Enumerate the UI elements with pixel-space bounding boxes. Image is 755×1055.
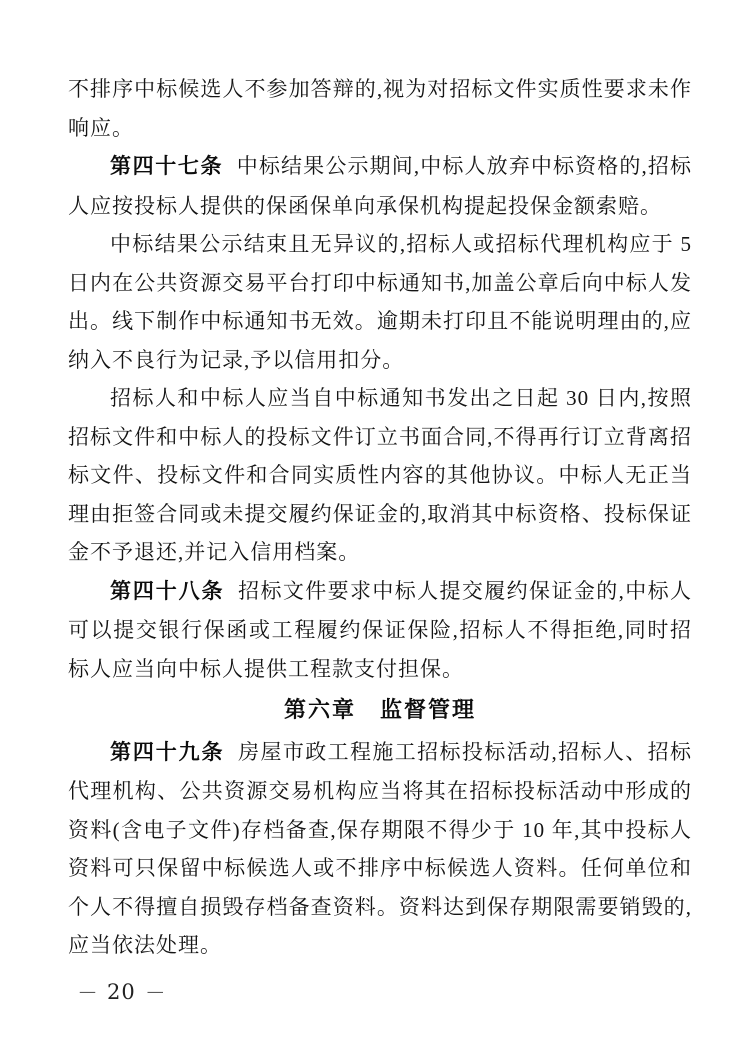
article-47-paragraph: 第四十七条中标结果公示期间,中标人放弃中标资格的,招标人应按投标人提供的保函保单… xyxy=(68,147,692,225)
paragraph-text: 招标人和中标人应当自中标通知书发出之日起 30 日内,按照招标文件和中标人的投标… xyxy=(68,386,692,564)
article-49-text: 房屋市政工程施工招标投标活动,招标人、招标代理机构、公共资源交易机构应当将其在招… xyxy=(68,740,692,958)
paragraph-continuation: 不排序中标候选人不参加答辩的,视为对招标文件实质性要求未作响应。 xyxy=(68,70,692,147)
article-49-paragraph: 第四十九条房屋市政工程施工招标投标活动,招标人、招标代理机构、公共资源交易机构应… xyxy=(68,733,692,965)
paragraph: 招标人和中标人应当自中标通知书发出之日起 30 日内,按照招标文件和中标人的投标… xyxy=(68,379,692,572)
paragraph-text: 中标结果公示结束且无异议的,招标人或招标代理机构应于 5 日内在公共资源交易平台… xyxy=(68,232,692,372)
page-footer: — 20 — xyxy=(79,980,164,1004)
footer-dash-left: — xyxy=(79,984,96,1001)
article-47-number: 第四十七条 xyxy=(110,155,223,178)
article-48-paragraph: 第四十八条招标文件要求中标人提交履约保证金的,中标人可以提交银行保函或工程履约保… xyxy=(68,572,692,689)
page-number: 20 xyxy=(107,980,136,1004)
paragraph: 中标结果公示结束且无异议的,招标人或招标代理机构应于 5 日内在公共资源交易平台… xyxy=(68,225,692,379)
footer-dash-right: — xyxy=(147,984,164,1001)
article-49-number: 第四十九条 xyxy=(110,741,224,764)
paragraph-text: 不排序中标候选人不参加答辩的,视为对招标文件实质性要求未作响应。 xyxy=(68,77,692,140)
document-page: 不排序中标候选人不参加答辩的,视为对招标文件实质性要求未作响应。 第四十七条中标… xyxy=(0,0,755,1055)
page-text-block: 不排序中标候选人不参加答辩的,视为对招标文件实质性要求未作响应。 第四十七条中标… xyxy=(68,70,692,965)
chapter-heading: 第六章 监督管理 xyxy=(68,691,692,730)
article-48-number: 第四十八条 xyxy=(110,580,224,603)
